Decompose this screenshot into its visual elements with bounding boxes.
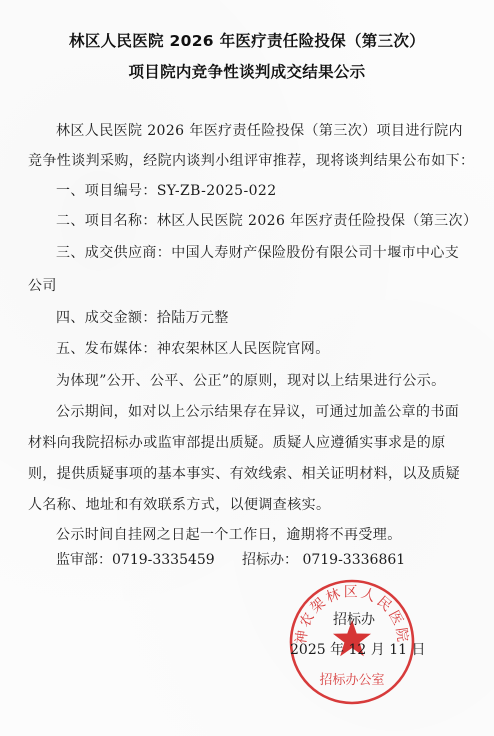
item-value: 神农架林区人民医院官网。: [157, 341, 330, 357]
seal-bottom-text: 招标办公室: [319, 672, 384, 688]
document-title-line1: 林区人民医院 2026 年医疗责任险投保（第三次）: [0, 29, 494, 51]
objection-line4: 人名称、地址和有效联系方式，以便调查核实。: [28, 496, 330, 514]
item-value: 拾陆万元整: [157, 310, 229, 326]
item-project-name: 二、项目名称：林区人民医院 2026 年医疗责任险投保（第三次）: [56, 212, 477, 230]
item-project-number: 一、项目编号：SY-ZB-2025-022: [56, 182, 277, 200]
item-value: 林区人民医院 2026 年医疗责任险投保（第三次）: [157, 213, 478, 229]
item-supplier: 三、成交供应商：中国人寿财产保险股份有限公司十堰市中心支: [56, 244, 459, 262]
intro-paragraph-line1: 林区人民医院 2026 年医疗责任险投保（第三次）项目进行院内: [56, 122, 440, 140]
signature-date: 2025 年 12 月 11 日: [290, 641, 426, 659]
item-label: 五、发布媒体：: [56, 341, 157, 357]
contact-supervision: 监审部：0719-3335459: [56, 551, 215, 569]
document-page: 林区人民医院 2026 年医疗责任险投保（第三次） 项目院内竞争性谈判成交结果公…: [0, 0, 494, 736]
signature-issuer: 招标办: [333, 611, 375, 629]
item-value: SY-ZB-2025-022: [157, 183, 277, 199]
item-label: 二、项目名称：: [56, 213, 157, 229]
item-label: 一、项目编号：: [56, 183, 157, 199]
objection-line3: 则，提供质疑事项的基本事实、有效线索、相关证明材料，以及质疑: [28, 465, 440, 483]
objection-line1: 公示期间，如对以上公示结果存在异议，可通过加盖公章的书面: [56, 403, 440, 421]
document-title-line2: 项目院内竞争性谈判成交结果公示: [0, 60, 494, 82]
item-value: 中国人寿财产保险股份有限公司十堰市中心支: [171, 245, 459, 261]
objection-line2: 材料向我院招标办或监审部提出质疑。质疑人应遵循实事求是的原: [28, 434, 440, 452]
item-supplier-continued: 公司: [28, 277, 57, 295]
item-amount: 四、成交金额：拾陆万元整: [56, 309, 229, 327]
item-label: 三、成交供应商：: [56, 245, 171, 261]
contact-bidding-office: 招标办： 0719-3336861: [242, 551, 405, 569]
item-label: 四、成交金额：: [56, 310, 157, 326]
period-statement: 公示时间自挂网之日起一个工作日，逾期将不再受理。: [56, 526, 402, 544]
intro-paragraph-line2: 竞争性谈判采购，经院内谈判小组评审推荐，现将谈判结果公布如下：: [28, 152, 440, 170]
principle-statement: 为体现”公开、公平、公正”的原则，现对以上结果进行公示。: [56, 372, 446, 390]
item-media: 五、发布媒体：神农架林区人民医院官网。: [56, 340, 330, 358]
